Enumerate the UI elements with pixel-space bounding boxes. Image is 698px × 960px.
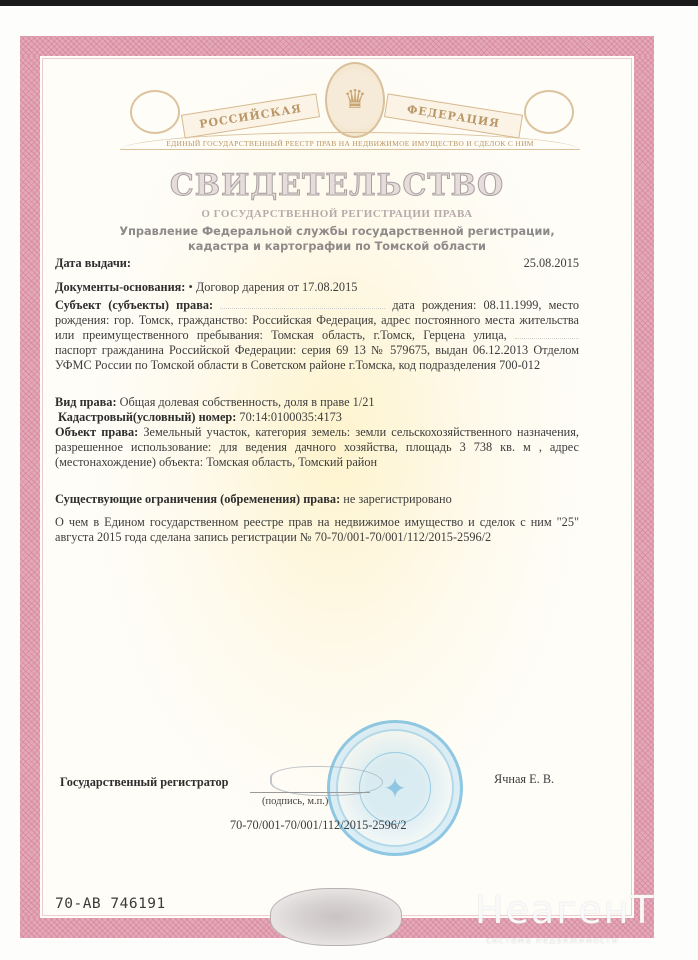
redacted-address: [515, 330, 579, 339]
rosette-ornament-icon: [270, 888, 402, 946]
right-type-row: Вид права: Общая долевая собственность, …: [55, 395, 555, 410]
record-text: О чем в Едином государственном реестре п…: [55, 515, 579, 544]
restrictions-row: Существующие ограничения (обременения) п…: [55, 492, 555, 507]
right-type-value: Общая долевая собственность, доля в прав…: [120, 395, 375, 409]
subject-row: Субъект (субъекты) права: дата рождения:…: [55, 298, 579, 373]
registration-number: 70-70/001-70/001/112/2015-2596/2: [230, 818, 406, 833]
scroll-ornament-icon: [130, 90, 180, 134]
scan-top-edge: [0, 0, 698, 6]
basis-value: • Договор дарения от 17.08.2015: [188, 280, 357, 294]
record-row: О чем в Едином государственном реестре п…: [55, 515, 579, 545]
issue-date-label: Дата выдачи:: [55, 256, 131, 270]
watermark-logo: НеагенТ: [475, 888, 656, 932]
registrar-label: Государственный регистратор: [60, 775, 228, 790]
basis-label: Документы-основания:: [55, 280, 185, 294]
header-ribbon: РОССИЙСКАЯ ♛ ФЕДЕРАЦИЯ ЕДИНЫЙ ГОСУДАРСТВ…: [120, 62, 580, 162]
subject-birth: дата рождения: 08.11.1999,: [392, 298, 541, 312]
cadastral-value: 70:14:0100035:4173: [239, 410, 341, 424]
cadastral-label: Кадастровый(условный) номер:: [58, 410, 236, 424]
document-subtitle: О ГОСУДАРСТВЕННОЙ РЕГИСТРАЦИИ ПРАВА: [40, 208, 634, 220]
certificate-serial: 70-АВ 746191: [55, 896, 166, 912]
certificate-page: РОССИЙСКАЯ ♛ ФЕДЕРАЦИЯ ЕДИНЫЙ ГОСУДАРСТВ…: [0, 8, 698, 960]
cadastral-row: Кадастровый(условный) номер: 70:14:01000…: [58, 410, 555, 425]
right-type-label: Вид права:: [55, 395, 117, 409]
registrar-name: Ячная Е. В.: [494, 772, 554, 787]
issue-date-value: 25.08.2015: [524, 256, 579, 271]
restrictions-label: Существующие ограничения (обременения) п…: [55, 492, 340, 506]
object-row: Объект права: Земельный участок, категор…: [55, 425, 579, 470]
issue-date-row: Дата выдачи: 25.08.2015: [55, 256, 555, 271]
subject-passport: паспорт гражданина Российской Федерации:…: [55, 343, 579, 372]
redacted-name: [220, 300, 385, 309]
certificate-content: Дата выдачи: 25.08.2015 Документы-основа…: [55, 230, 555, 545]
scroll-ornament-icon: [524, 90, 574, 134]
basis-row: Документы-основания: • Договор дарения о…: [55, 280, 555, 295]
signature-line: [250, 792, 370, 793]
object-label: Объект права:: [55, 425, 138, 439]
watermark-tagline: система недвижимости: [486, 936, 619, 946]
coat-of-arms-icon: ♛: [325, 62, 385, 138]
subject-label: Субъект (субъекты) права:: [55, 298, 213, 312]
document-title: СВИДЕТЕЛЬСТВО: [40, 168, 634, 203]
restrictions-value: не зарегистрировано: [343, 492, 452, 506]
signature-caption: (подпись, м.п.): [262, 796, 328, 807]
